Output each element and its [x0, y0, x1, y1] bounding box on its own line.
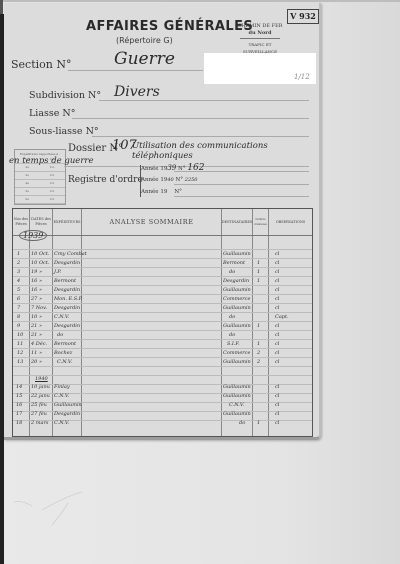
redacted-note: 1/12	[294, 73, 310, 81]
table-row: 1211 »BochezCommerce2cl	[13, 350, 312, 359]
archive-index-card: AFFAIRES GÉNÉRALES (Répertoire G) CHEMIN…	[4, 3, 321, 440]
annee-line-3	[174, 196, 309, 197]
subdivision-line	[99, 100, 309, 101]
annee-line-1	[174, 171, 309, 172]
table-row: 921 »DesgardinGuillaumin1cl	[13, 323, 312, 332]
org-rule	[240, 38, 280, 39]
table-row: 1522 janv.C.N.V.Guillaumincl	[13, 393, 312, 402]
subdivision-value: Divers	[114, 84, 160, 100]
table-row: 810 »C.N.V.doCapt.	[13, 314, 312, 323]
header-destinataires: DESTINATAIRES	[222, 209, 253, 235]
header-annexes: Nombre d'annexes	[253, 209, 269, 235]
table-row: 114 Déc.BermontS.I.F.1cl	[13, 341, 312, 350]
stamp-row: 3efol.	[15, 172, 65, 180]
top-edge	[0, 0, 400, 2]
annee-line-2	[174, 184, 309, 185]
table-row: 182 marsC.N.V.do1cl	[13, 420, 312, 429]
table-row: 110 Oct.Cmy CombatGuillaumincl	[13, 251, 312, 260]
table-row: 627 »Mon. E.S.P.Commercecl	[13, 296, 312, 305]
year-1939-marker: 1939	[19, 230, 47, 241]
header-expediteurs: EXPÉDITEURS	[53, 209, 82, 235]
registre-label: Registre d'ordre	[68, 175, 143, 185]
table-row: 1021 »dodocl	[13, 332, 312, 341]
card-title: AFFAIRES GÉNÉRALES	[86, 19, 253, 34]
sous-liasse-line	[92, 136, 309, 137]
liasse-line	[72, 118, 309, 119]
table-row: 319 »J.P.do1cl	[13, 269, 312, 278]
subdivision-label: Subdivision N°	[29, 90, 101, 101]
sous-liasse-label: Sous-liasse N°	[29, 126, 99, 137]
annee-2: Année 1940 N° 2250	[141, 177, 198, 183]
table-row: 1410 janv.FinlayGuillaumincl	[13, 384, 312, 393]
section-line	[68, 70, 203, 71]
table-row: 1320 »C.N.V.Guillaumin2cl	[13, 359, 312, 368]
header-rule	[13, 235, 312, 236]
reference-box: V 932	[287, 9, 319, 24]
liasse-label: Liasse N°	[29, 108, 75, 119]
row-rule	[13, 249, 312, 250]
table-row: 1625 fév.GuillauminC.N.V.cl	[13, 402, 312, 411]
dossier-title-line2: en temps de guerre	[9, 156, 94, 166]
stamp-row: 4efol.	[15, 180, 65, 188]
section-value: Guerre	[114, 49, 175, 69]
stamp-row: 5efol.	[15, 188, 65, 196]
left-edge-top	[0, 0, 3, 14]
table-row: 77 Nov.DesgardinGuillaumincl	[13, 305, 312, 314]
dossier-title-line1: Utilisation des communications téléphoni…	[132, 141, 319, 161]
organization-block: CHEMIN DE FER du Nord TRAFIC ET SURVEILL…	[232, 23, 288, 55]
org-line-1: CHEMIN DE FER	[232, 23, 288, 30]
header-analyse: ANALYSE SOMMAIRE	[82, 209, 222, 235]
stamp-row: 6efol.	[15, 196, 65, 204]
register-table: Nos des Pièces DATES des Pièces EXPÉDITE…	[12, 208, 313, 437]
table-row: 1727 fév.DesgardinGuillaumincl	[13, 411, 312, 420]
faint-pencil-marks	[12, 490, 132, 530]
org-line-2: du Nord	[232, 30, 288, 37]
table-row: 210 Oct.DesgardinBermont1cl	[13, 260, 312, 269]
header-observations: OBSERVATIONS	[269, 209, 312, 235]
table-row: 416 »BermontDesgardin1cl	[13, 278, 312, 287]
card-subtitle: (Répertoire G)	[116, 36, 173, 45]
section-label: Section N°	[11, 58, 71, 71]
table-row: 516 »DesgardinGuillaumincl	[13, 287, 312, 296]
annee-3: Année 19 N°	[141, 189, 182, 195]
